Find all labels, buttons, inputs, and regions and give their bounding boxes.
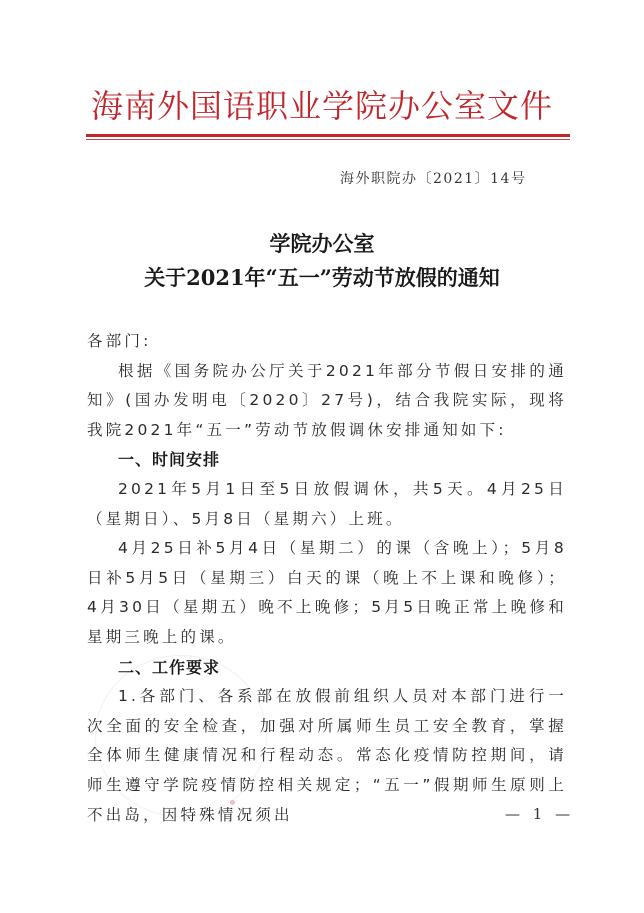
notice-title-issuer: 学院办公室	[0, 228, 644, 258]
schedule-paragraph-1: 2021年5月1日至5日放假调休，共5天。4月25日（星期日）、5月8日（星期六…	[87, 475, 567, 534]
document-page: 海南外国语职业学院办公室文件 海外职院办〔2021〕14号 学院办公室 关于20…	[0, 0, 644, 913]
salutation: 各部门:	[87, 327, 567, 357]
masthead-title: 海南外国语职业学院办公室文件	[0, 86, 644, 126]
requirements-paragraph-1: 1.各部门、各系部在放假前组织人员对本部门进行一次全面的安全检查，加强对所属师生…	[87, 682, 567, 830]
schedule-paragraph-2: 4月25日补5月4日（星期二）的课（含晚上）；5月8日补5月5日（星期三）白天的…	[87, 534, 567, 652]
page-number: — 1 —	[505, 805, 574, 823]
masthead-rule-thin	[86, 139, 570, 140]
section-heading-schedule: 一、时间安排	[87, 445, 567, 475]
notice-title-subject: 关于2021年“五一”劳动节放假的通知	[0, 262, 644, 292]
document-number: 海外职院办〔2021〕14号	[340, 168, 526, 188]
masthead-rule-thick	[86, 134, 570, 137]
section-heading-requirements: 二、工作要求	[87, 653, 567, 683]
intro-paragraph: 根据《国务院办公厅关于2021年部分节假日安排的通知》(国办发明电〔2020〕2…	[87, 357, 567, 446]
notice-body: 各部门: 根据《国务院办公厅关于2021年部分节假日安排的通知》(国办发明电〔2…	[87, 327, 567, 830]
